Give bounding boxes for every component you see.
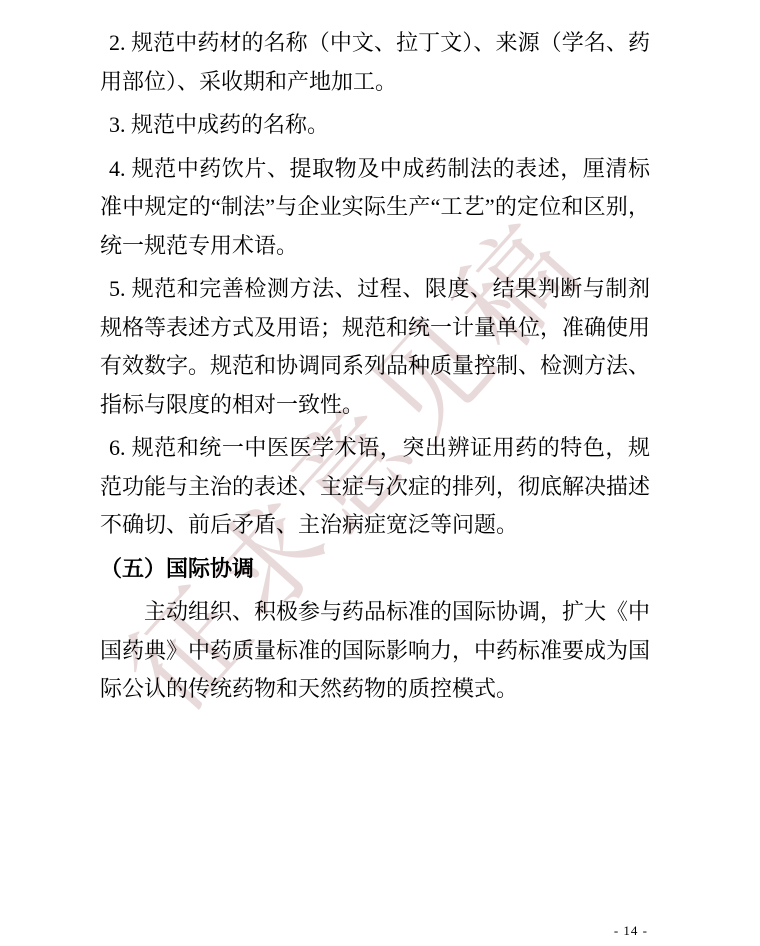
document-body: 2. 规范中药材的名称（中文、拉丁文）、来源（学名、药用部位）、采收期和产地加工… [100, 24, 650, 714]
section-heading-international-harmonization: （五）国际协调 [100, 550, 650, 589]
numbered-item-6: 6. 规范和统一中医医学术语，突出辨证用药的特色，规范功能与主治的表述、主症与次… [100, 429, 650, 545]
closing-paragraph: 主动组织、积极参与药品标准的国际协调，扩大《中国药典》中药质量标准的国际影响力，… [100, 593, 650, 709]
numbered-item-5: 5. 规范和完善检测方法、过程、限度、结果判断与制剂规格等表述方式及用语；规范和… [100, 270, 650, 424]
page-footer: - 14 - [0, 922, 648, 940]
page-number: - 14 - [614, 923, 648, 938]
numbered-item-4: 4. 规范中药饮片、提取物及中成药制法的表述，厘清标准中规定的“制法”与企业实际… [100, 150, 650, 266]
numbered-item-3: 3. 规范中成药的名称。 [100, 106, 650, 145]
numbered-item-2: 2. 规范中药材的名称（中文、拉丁文）、来源（学名、药用部位）、采收期和产地加工… [100, 24, 650, 101]
document-page: 征求意见稿 2. 规范中药材的名称（中文、拉丁文）、来源（学名、药用部位）、采收… [0, 0, 760, 946]
